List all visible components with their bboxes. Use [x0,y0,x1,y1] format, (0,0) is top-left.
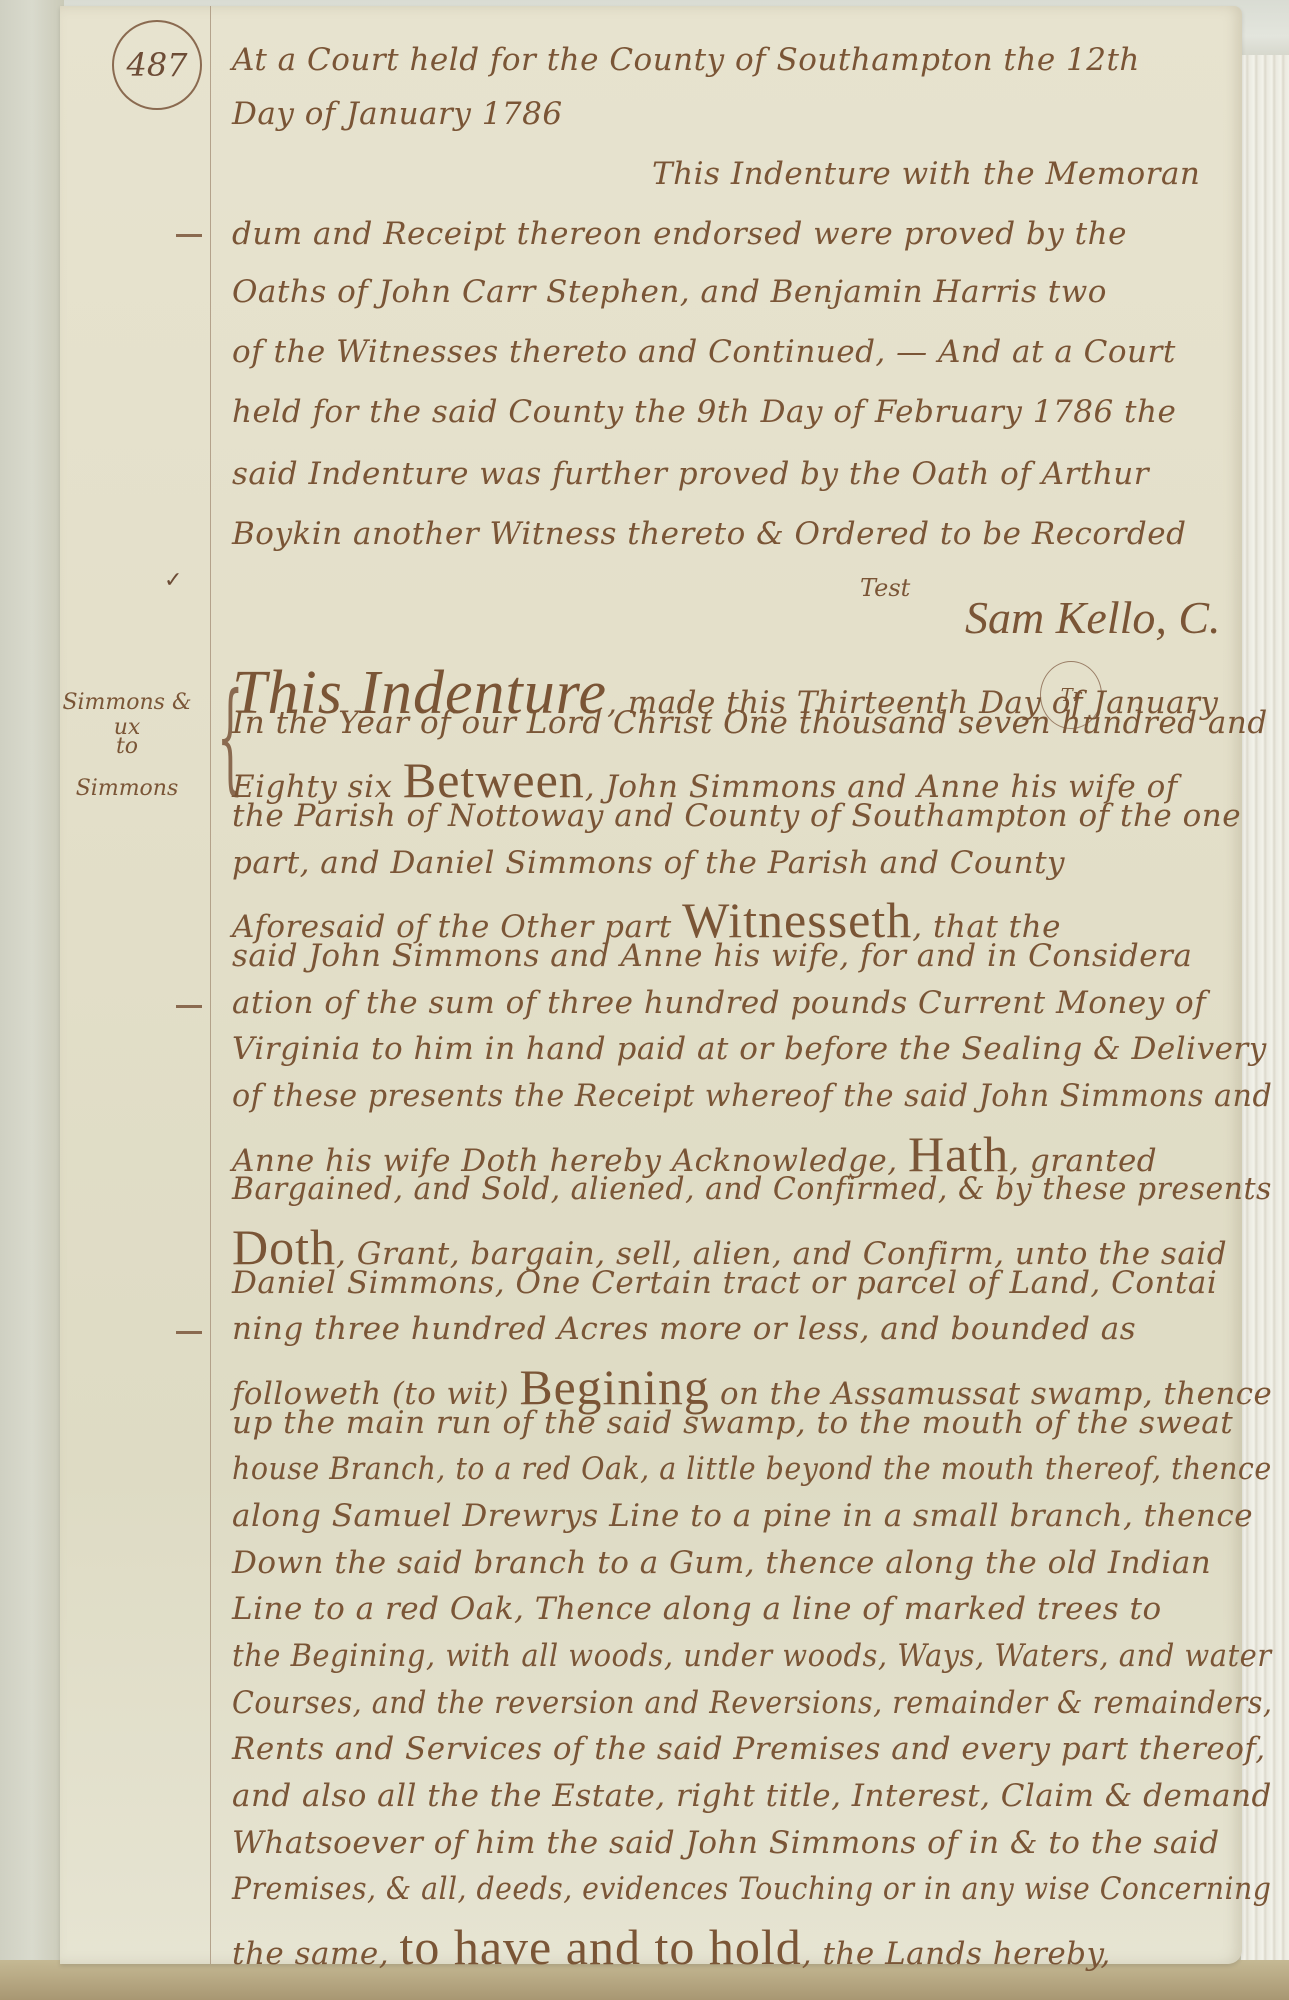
line-text: Whatsoever of him the said John Simmons … [232,1825,1220,1861]
margin-rule-line [210,6,211,1964]
clerk-signature: Sam Kello, C. [965,591,1221,644]
indenture-line: Bargained, and Sold, aliened, and Confir… [232,1171,1272,1207]
certificate-line: of the Witnesses thereto and Continued, … [232,334,1176,370]
book-gutter [0,0,64,2000]
line-text: Rents and Services of the said Premises … [232,1731,1266,1767]
indenture-line: part, and Daniel Simmons of the Parish a… [232,845,1065,881]
marginal-note-to: to [52,734,202,759]
certificate-line: This Indenture with the Memoran [652,156,1200,192]
test-label: Test [860,574,910,602]
line-text: the same, [232,1936,399,1972]
certificate-line: held for the said County the 9th Day of … [232,394,1176,430]
marginal-note-grantor: Simmons & ux [52,690,202,740]
indenture-line: up the main run of the said swamp, to th… [232,1405,1233,1441]
indenture-line: ation of the sum of three hundred pounds… [232,985,1206,1021]
line-text: , the Lands hereby, [802,1936,1111,1972]
indenture-line: said John Simmons and Anne his wife, for… [232,938,1192,974]
certificate-line: dum and Receipt thereon endorsed were pr… [232,216,1127,252]
line-text: and also all the the Estate, right title… [232,1778,1272,1814]
certificate-line: Boykin another Witness thereto & Ordered… [232,516,1186,552]
ledger-page: 487 At a Court held for the County of So… [60,6,1242,1964]
indenture-line: Courses, and the reversion and Reversion… [232,1685,1272,1721]
line-continuation-dash [176,1331,202,1334]
indenture-line: the Parish of Nottoway and County of Sou… [232,798,1241,834]
indenture-line: the same, to have and to hold, the Lands… [232,1918,1111,1976]
line-text: Courses, and the reversion and Reversion… [232,1685,1272,1721]
indenture-line: Premises, & all, deeds, evidences Touchi… [232,1871,1271,1907]
line-continuation-dash [176,1005,202,1008]
page-number-circled: 487 [112,20,202,110]
certificate-line: said Indenture was further proved by the… [232,456,1149,492]
line-continuation-dash [176,234,202,237]
indenture-line: Whatsoever of him the said John Simmons … [232,1825,1220,1861]
certificate-line: Day of January 1786 [232,96,563,132]
indenture-line: of these presents the Receipt whereof th… [232,1078,1272,1114]
indenture-line: Virginia to him in hand paid at or befor… [232,1031,1267,1067]
indenture-line: Daniel Simmons, One Certain tract or par… [232,1265,1217,1301]
certificate-line: At a Court held for the County of Southa… [232,42,1140,78]
indenture-line: In the Year of our Lord Christ One thous… [232,705,1268,741]
indenture-line: Line to a red Oak, Thence along a line o… [232,1591,1162,1627]
indenture-line: house Branch, to a red Oak, a little bey… [232,1451,1272,1487]
indenture-line: ning three hundred Acres more or less, a… [232,1311,1136,1347]
line-text: Premises, & all, deeds, evidences Touchi… [232,1871,1271,1907]
check-mark-icon: ✓ [164,568,182,593]
indenture-line: along Samuel Drewrys Line to a pine in a… [232,1498,1253,1534]
certificate-line: Oaths of John Carr Stephen, and Benjamin… [232,274,1107,310]
indenture-line: the Begining, with all woods, under wood… [232,1638,1272,1674]
indenture-line: and also all the the Estate, right title… [232,1778,1272,1814]
indenture-line: Rents and Services of the said Premises … [232,1731,1266,1767]
indenture-line: Down the said branch to a Gum, thence al… [232,1545,1211,1581]
book-page-edges [1240,55,1289,1970]
keyword-to-have-and-to-hold: to have and to hold [399,1919,801,1975]
marginal-note-grantee: Simmons [52,776,202,801]
